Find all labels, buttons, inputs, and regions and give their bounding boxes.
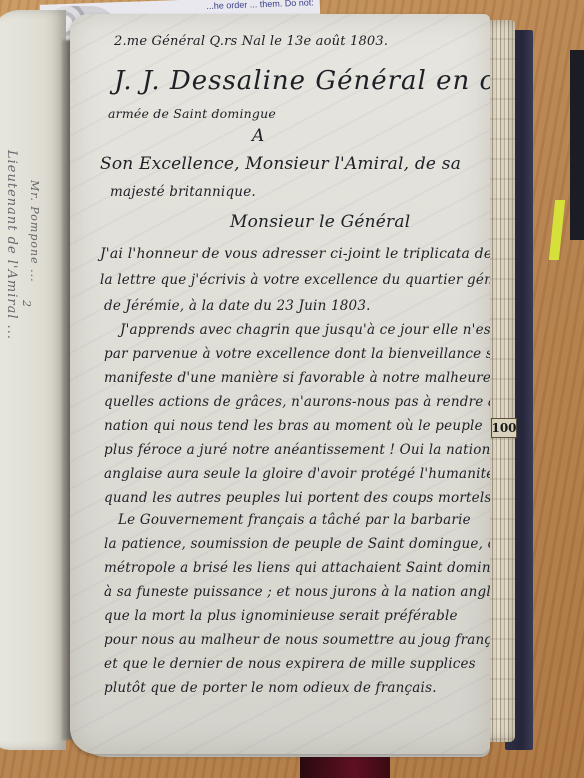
body-line: pour nous au malheur de nous soumettre a… xyxy=(104,632,490,648)
manuscript-sender: J. J. Dessaline Général en chef xyxy=(114,66,490,96)
manuscript-page: 2.me Général Q.rs Nal le 13e août 1803. … xyxy=(70,14,490,754)
body-line: quelles actions de grâces, n'aurons-nous… xyxy=(104,394,490,410)
body-line: de Jérémie, à la date du 23 Juin 1803. xyxy=(104,298,371,314)
left-page xyxy=(0,10,66,750)
body-line: plutôt que de porter le nom odieux de fr… xyxy=(104,680,437,696)
manuscript-addressee-1: Son Excellence, Monsieur l'Amiral, de sa xyxy=(100,154,461,174)
manuscript-to: A xyxy=(252,126,264,146)
body-line: métropole a brisé les liens qui attachai… xyxy=(104,560,490,576)
body-line: et que le dernier de nous expirera de mi… xyxy=(104,656,476,672)
body-line: à sa funeste puissance ; et nous jurons … xyxy=(104,584,490,600)
body-line: J'ai l'honneur de vous adresser ci-joint… xyxy=(100,246,490,262)
body-line: plus féroce a juré notre anéantissement … xyxy=(104,442,490,458)
body-line: anglaise aura seule la gloire d'avoir pr… xyxy=(104,466,490,482)
body-line: nation qui nous tend les bras au moment … xyxy=(104,418,483,434)
body-line: par parvenue à votre excellence dont la … xyxy=(104,346,490,362)
body-line: J'apprends avec chagrin que jusqu'à ce j… xyxy=(120,322,490,338)
manuscript-header-line: 2.me Général Q.rs Nal le 13e août 1803. xyxy=(114,34,388,49)
red-cloth xyxy=(300,755,390,778)
body-line: Le Gouvernement français a tâché par la … xyxy=(118,512,471,528)
body-line: que la mort la plus ignominieuse serait … xyxy=(104,608,458,624)
manuscript-sender-sub: armée de Saint domingue xyxy=(108,106,276,121)
dark-object xyxy=(570,50,584,240)
body-line: quand les autres peuples lui portent des… xyxy=(104,490,490,506)
left-margin-note-3: 2 xyxy=(20,300,33,308)
body-line: la patience, soumission de peuple de Sai… xyxy=(104,536,490,552)
left-margin-note-2: Mr. Pompone ... xyxy=(28,180,41,360)
body-line: la lettre que j'écrivis à votre excellen… xyxy=(100,272,490,288)
manuscript-addressee-2: majesté britannique. xyxy=(110,184,256,200)
body-line: manifeste d'une manière si favorable à n… xyxy=(104,370,490,386)
manuscript-salutation: Monsieur le Général xyxy=(230,212,410,232)
page-number-tag: 100 xyxy=(491,418,517,438)
left-margin-note-1: Lieutenant de l'Amiral ... xyxy=(4,150,19,370)
